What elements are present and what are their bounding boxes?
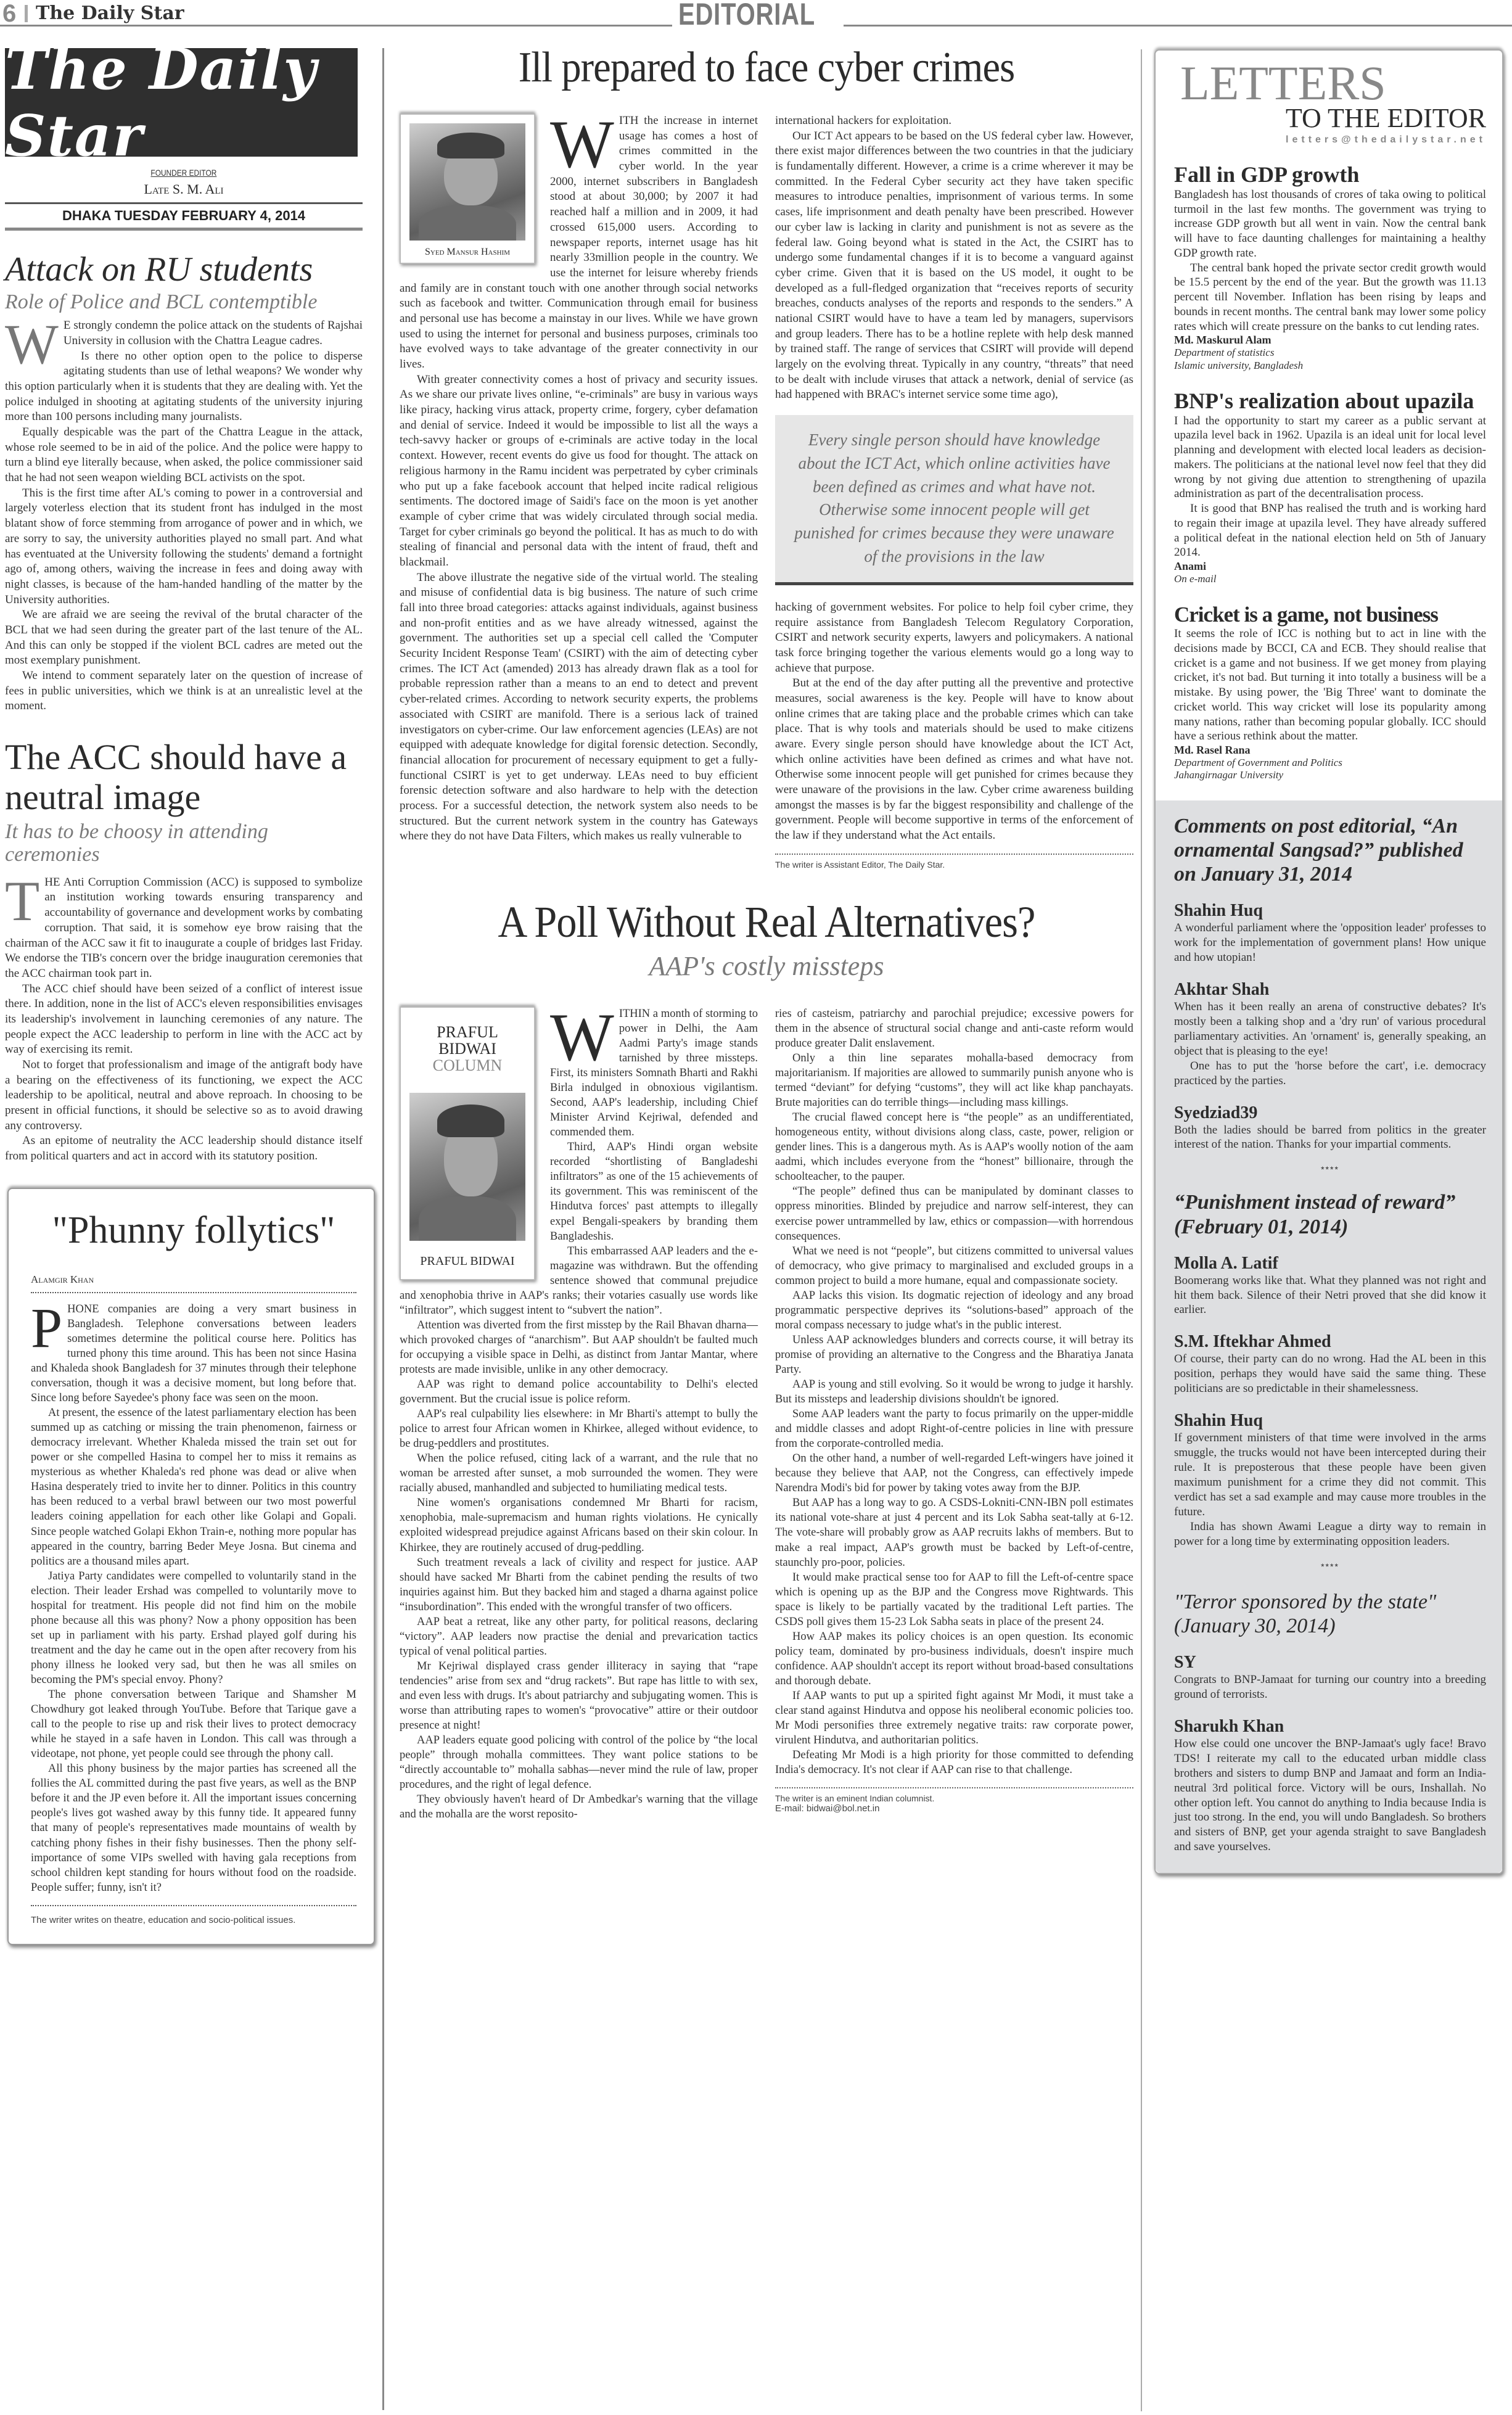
editorial-paragraph: This is the first time after AL's coming… xyxy=(5,486,363,608)
letter-paragraph: It is good that BNP has realised the tru… xyxy=(1174,501,1486,560)
column-rule-left xyxy=(382,48,384,2410)
column-paragraph: At present, the essence of the latest pa… xyxy=(31,1405,356,1569)
article-paragraph: Our ICT Act appears to be based on the U… xyxy=(775,129,1133,403)
column-badge-box: PRAFUL BIDWAI COLUMN PRAFUL BIDWAI xyxy=(400,1006,535,1280)
article-paragraph: The crucial flawed concept here is “the … xyxy=(775,1110,1133,1184)
letter-affiliation: Department of statistics xyxy=(1174,347,1486,359)
writer-note: The writer is Assistant Editor, The Dail… xyxy=(775,854,1133,870)
commenter-name: S.M. Iftekhar Ahmed xyxy=(1174,1332,1486,1352)
letters-header: LETTERS TO THE EDITOR letters@thedailyst… xyxy=(1156,51,1502,146)
commenter-name: Shahin Huq xyxy=(1174,1411,1486,1431)
author-photo xyxy=(409,123,525,241)
letter-affiliation: Department of Government and Politics xyxy=(1174,757,1486,769)
article-paragraph: AAP's real culpability lies elsewhere: i… xyxy=(400,1407,758,1451)
commenter-name: Shahin Huq xyxy=(1174,901,1486,921)
comment-text: Boomerang works like that. What they pla… xyxy=(1174,1273,1486,1318)
editorial-attack-ru: Attack on RU students Role of Police and… xyxy=(5,252,363,714)
letter-paragraph: It seems the role of ICC is nothing but … xyxy=(1174,627,1486,744)
article-column-2: international hackers for exploitation. … xyxy=(775,113,1133,870)
article-paragraph: Defeating Mr Modi is a high priority for… xyxy=(775,1748,1133,1777)
founder-name: Late S. M. Ali xyxy=(5,181,363,197)
article-subheadline: AAP's costly missteps xyxy=(400,950,1133,982)
article-paragraph: If AAP wants to put up a spirited fight … xyxy=(775,1689,1133,1748)
folio-divider xyxy=(25,5,28,22)
article-paragraph: The above illustrate the negative side o… xyxy=(400,570,758,844)
article-column-1: Syed Mansur Hashim WITH the increase in … xyxy=(400,113,758,870)
column-title: "Phunny follytics" xyxy=(31,1209,356,1253)
founder-block: FOUNDER EDITOR Late S. M. Ali xyxy=(5,168,363,197)
author-photo xyxy=(409,1093,525,1241)
article-paragraph: ries of casteism, patriarchy and parochi… xyxy=(775,1006,1133,1051)
letter-paragraph: I had the opportunity to start my career… xyxy=(1174,414,1486,502)
letters-title: LETTERS xyxy=(1180,62,1486,105)
column-paragraph: The phone conversation between Tarique a… xyxy=(31,1687,356,1761)
letter-affiliation: On e-mail xyxy=(1174,573,1486,585)
founder-label: FOUNDER EDITOR xyxy=(151,168,217,178)
article-column-1: PRAFUL BIDWAI COLUMN PRAFUL BIDWAI WITHI… xyxy=(400,1006,758,1822)
article-paragraph: Such treatment reveals a lack of civilit… xyxy=(400,1555,758,1615)
column-paragraph: All this phony business by the major par… xyxy=(31,1761,356,1895)
article-paragraph: But AAP has a long way to go. A CSDS-Lok… xyxy=(775,1495,1133,1570)
dateline: DHAKA TUESDAY FEBRUARY 4, 2014 xyxy=(5,202,363,231)
drop-cap: T xyxy=(5,879,39,924)
commenter-name: Molla A. Latif xyxy=(1174,1254,1486,1273)
dotted-divider xyxy=(31,1292,356,1293)
article-column-2: ries of casteism, patriarchy and parochi… xyxy=(775,1006,1133,1822)
drop-cap: P xyxy=(31,1306,62,1351)
article-paragraph: With greater connectivity comes a host o… xyxy=(400,372,758,570)
comment-text: How else could one uncover the BNP-Jamaa… xyxy=(1174,1737,1486,1855)
comment-text: Of course, their party can do no wrong. … xyxy=(1174,1352,1486,1396)
article-paragraph: What we need is not “people”, but citize… xyxy=(775,1244,1133,1288)
right-column: LETTERS TO THE EDITOR letters@thedailyst… xyxy=(1154,49,1503,1874)
letter-signature: Anami xyxy=(1174,560,1486,573)
article-headline: Ill prepared to face cyber crimes xyxy=(429,43,1104,93)
column-byline: Alamgir Khan xyxy=(31,1273,356,1286)
comment-text: India has shown Awami League a dirty way… xyxy=(1174,1520,1486,1549)
drop-cap: W xyxy=(550,117,614,171)
letter-affiliation: Islamic university, Bangladesh xyxy=(1174,360,1486,372)
section-separator: **** xyxy=(1174,1164,1486,1174)
page-folio: 6 The Daily Star EDITORIAL xyxy=(0,0,1512,27)
editorial-title: Attack on RU students xyxy=(5,252,363,288)
letters-email[interactable]: letters@thedailystar.net xyxy=(1180,134,1486,146)
column-phunny-follytics: "Phunny follytics" Alamgir Khan PHONE co… xyxy=(7,1188,375,1945)
letter-item: Cricket is a game, not business It seems… xyxy=(1156,603,1502,782)
letter-paragraph: The central bank hoped the private secto… xyxy=(1174,261,1486,334)
left-column: The Daily Star FOUNDER EDITOR Late S. M.… xyxy=(5,48,363,2410)
writer-note: The writer writes on theatre, education … xyxy=(31,1915,356,1925)
editorial-paragraph: The ACC chief should have been seized of… xyxy=(5,982,363,1058)
dotted-divider xyxy=(31,1905,356,1906)
author-caption: Syed Mansur Hashim xyxy=(409,247,525,258)
column-paragraph: PHONE companies are doing a very smart b… xyxy=(31,1302,356,1405)
editorial-acc: The ACC should have a neutral image It h… xyxy=(5,738,363,1164)
comment-text: One has to put the 'horse before the car… xyxy=(1174,1059,1486,1088)
article-paragraph: Unless AAP acknowledges blunders and cor… xyxy=(775,1333,1133,1377)
article-paragraph: Some AAP leaders want the party to focus… xyxy=(775,1407,1133,1451)
article-paragraph: international hackers for exploitation. xyxy=(775,113,1133,129)
comment-text: Congrats to BNP-Jamaat for turning our c… xyxy=(1174,1672,1486,1702)
letter-item: Fall in GDP growth Bangladesh has lost t… xyxy=(1156,163,1502,372)
letters-to-editor: LETTERS TO THE EDITOR letters@thedailyst… xyxy=(1154,49,1503,1874)
editorial-subtitle: Role of Police and BCL contemptible xyxy=(5,290,363,313)
editorial-paragraph: Is there no other option open to the pol… xyxy=(5,349,363,425)
article-paragraph: Attention was diverted from the first mi… xyxy=(400,1318,758,1377)
folio-rule-left xyxy=(0,25,672,27)
editorial-paragraph: Not to forget that professionalism and i… xyxy=(5,1058,363,1133)
article-paragraph: They obviously haven't heard of Dr Ambed… xyxy=(400,1792,758,1822)
article-paragraph: AAP beat a retreat, like any other party… xyxy=(400,1615,758,1659)
column-paragraph: Jatiya Party candidates were compelled t… xyxy=(31,1569,356,1687)
editorial-paragraph: We are afraid we are seeing the revival … xyxy=(5,607,363,669)
article-paragraph: When the police refused, citing lack of … xyxy=(400,1451,758,1495)
article-paragraph: “The people” defined thus can be manipul… xyxy=(775,1184,1133,1243)
article-paragraph: AAP was right to demand police accountab… xyxy=(400,1377,758,1407)
editorial-paragraph: As an epitome of neutrality the ACC lead… xyxy=(5,1133,363,1164)
drop-cap: W xyxy=(5,322,59,368)
commenter-name: Sharukh Khan xyxy=(1174,1717,1486,1737)
section-title: EDITORIAL xyxy=(678,0,815,32)
commenter-name: Syedziad39 xyxy=(1174,1103,1486,1123)
drop-cap: W xyxy=(550,1010,614,1064)
article-headline: A Poll Without Real Alternatives? xyxy=(429,897,1104,948)
author-caption: PRAFUL BIDWAI xyxy=(409,1254,525,1268)
letter-item: BNP's realization about upazila I had th… xyxy=(1156,389,1502,585)
editorial-paragraph: WE strongly condemn the police attack on… xyxy=(5,318,363,348)
article-body: PRAFUL BIDWAI COLUMN PRAFUL BIDWAI WITHI… xyxy=(400,1006,1133,1822)
article-paragraph: Nine women's organisations condemned Mr … xyxy=(400,1495,758,1555)
folio-rule-right xyxy=(844,25,1512,27)
comment-text: Both the ladies should be barred from po… xyxy=(1174,1123,1486,1153)
column-rule-right xyxy=(1141,49,1142,2411)
comments-heading: “Punishment instead of reward” (February… xyxy=(1174,1190,1486,1238)
section-separator: **** xyxy=(1174,1561,1486,1571)
folio-paper-name: The Daily Star xyxy=(36,2,184,24)
article-paragraph: It would make practical sense too for AA… xyxy=(775,1570,1133,1629)
author-photo-box: Syed Mansur Hashim xyxy=(400,113,535,264)
article-paragraph: AAP leaders equate good policing with co… xyxy=(400,1733,758,1792)
article-paragraph: AAP is young and still evolving. So it w… xyxy=(775,1377,1133,1407)
pull-quote: Every single person should have knowledg… xyxy=(775,415,1133,585)
letter-paragraph: Bangladesh has lost thousands of crores … xyxy=(1174,187,1486,261)
comment-text: When has it been really an arena of cons… xyxy=(1174,1000,1486,1059)
writer-note: The writer is an eminent Indian columnis… xyxy=(775,1787,1133,1803)
page-number: 6 xyxy=(2,0,16,28)
article-poll: A Poll Without Real Alternatives? AAP's … xyxy=(400,897,1133,1822)
letter-signature: Md. Maskurul Alam xyxy=(1174,334,1486,347)
article-paragraph: Only a thin line separates mohalla-based… xyxy=(775,1051,1133,1110)
letter-signature: Md. Rasel Rana xyxy=(1174,744,1486,757)
article-paragraph: Mr Kejriwal displayed crass gender illit… xyxy=(400,1659,758,1733)
writer-email[interactable]: E-mail: bidwai@bol.net.in xyxy=(775,1803,1133,1814)
article-body: Syed Mansur Hashim WITH the increase in … xyxy=(400,113,1133,870)
editorial-paragraph: Equally despicable was the part of the C… xyxy=(5,425,363,486)
editorial-paragraph: We intend to comment separately later on… xyxy=(5,669,363,714)
editorial-title: The ACC should have a neutral image xyxy=(5,738,363,818)
column-label: PRAFUL BIDWAI COLUMN xyxy=(409,1024,525,1074)
article-paragraph: How AAP makes its policy choices is an o… xyxy=(775,1629,1133,1689)
article-cyber-crimes: Ill prepared to face cyber crimes Syed M… xyxy=(400,43,1133,870)
masthead-logo: The Daily Star xyxy=(5,48,358,157)
article-paragraph: On the other hand, a number of well-rega… xyxy=(775,1451,1133,1495)
comments-heading: Comments on post editorial, “An ornament… xyxy=(1174,814,1486,886)
online-comments: Comments on post editorial, “An ornament… xyxy=(1156,800,1502,1873)
comment-text: A wonderful parliament where the 'opposi… xyxy=(1174,921,1486,965)
letter-title: Cricket is a game, not business xyxy=(1174,603,1486,627)
article-paragraph: AAP lacks this vision. Its dogmatic reje… xyxy=(775,1288,1133,1333)
letter-title: Fall in GDP growth xyxy=(1174,163,1486,187)
article-paragraph: hacking of government websites. For poli… xyxy=(775,600,1133,676)
middle-column: Ill prepared to face cyber crimes Syed M… xyxy=(400,43,1133,1822)
editorial-subtitle: It has to be choosy in attending ceremon… xyxy=(5,820,363,866)
commenter-name: Akhtar Shah xyxy=(1174,980,1486,1000)
letter-affiliation: Jahangirnagar University xyxy=(1174,769,1486,781)
comment-text: If government ministers of that time wer… xyxy=(1174,1431,1486,1520)
letter-title: BNP's realization about upazila xyxy=(1174,389,1486,414)
comments-heading: "Terror sponsored by the state" (January… xyxy=(1174,1590,1486,1638)
article-paragraph: But at the end of the day after putting … xyxy=(775,676,1133,844)
commenter-name: SY xyxy=(1174,1653,1486,1672)
editorial-paragraph: THE Anti Corruption Commission (ACC) is … xyxy=(5,875,363,982)
